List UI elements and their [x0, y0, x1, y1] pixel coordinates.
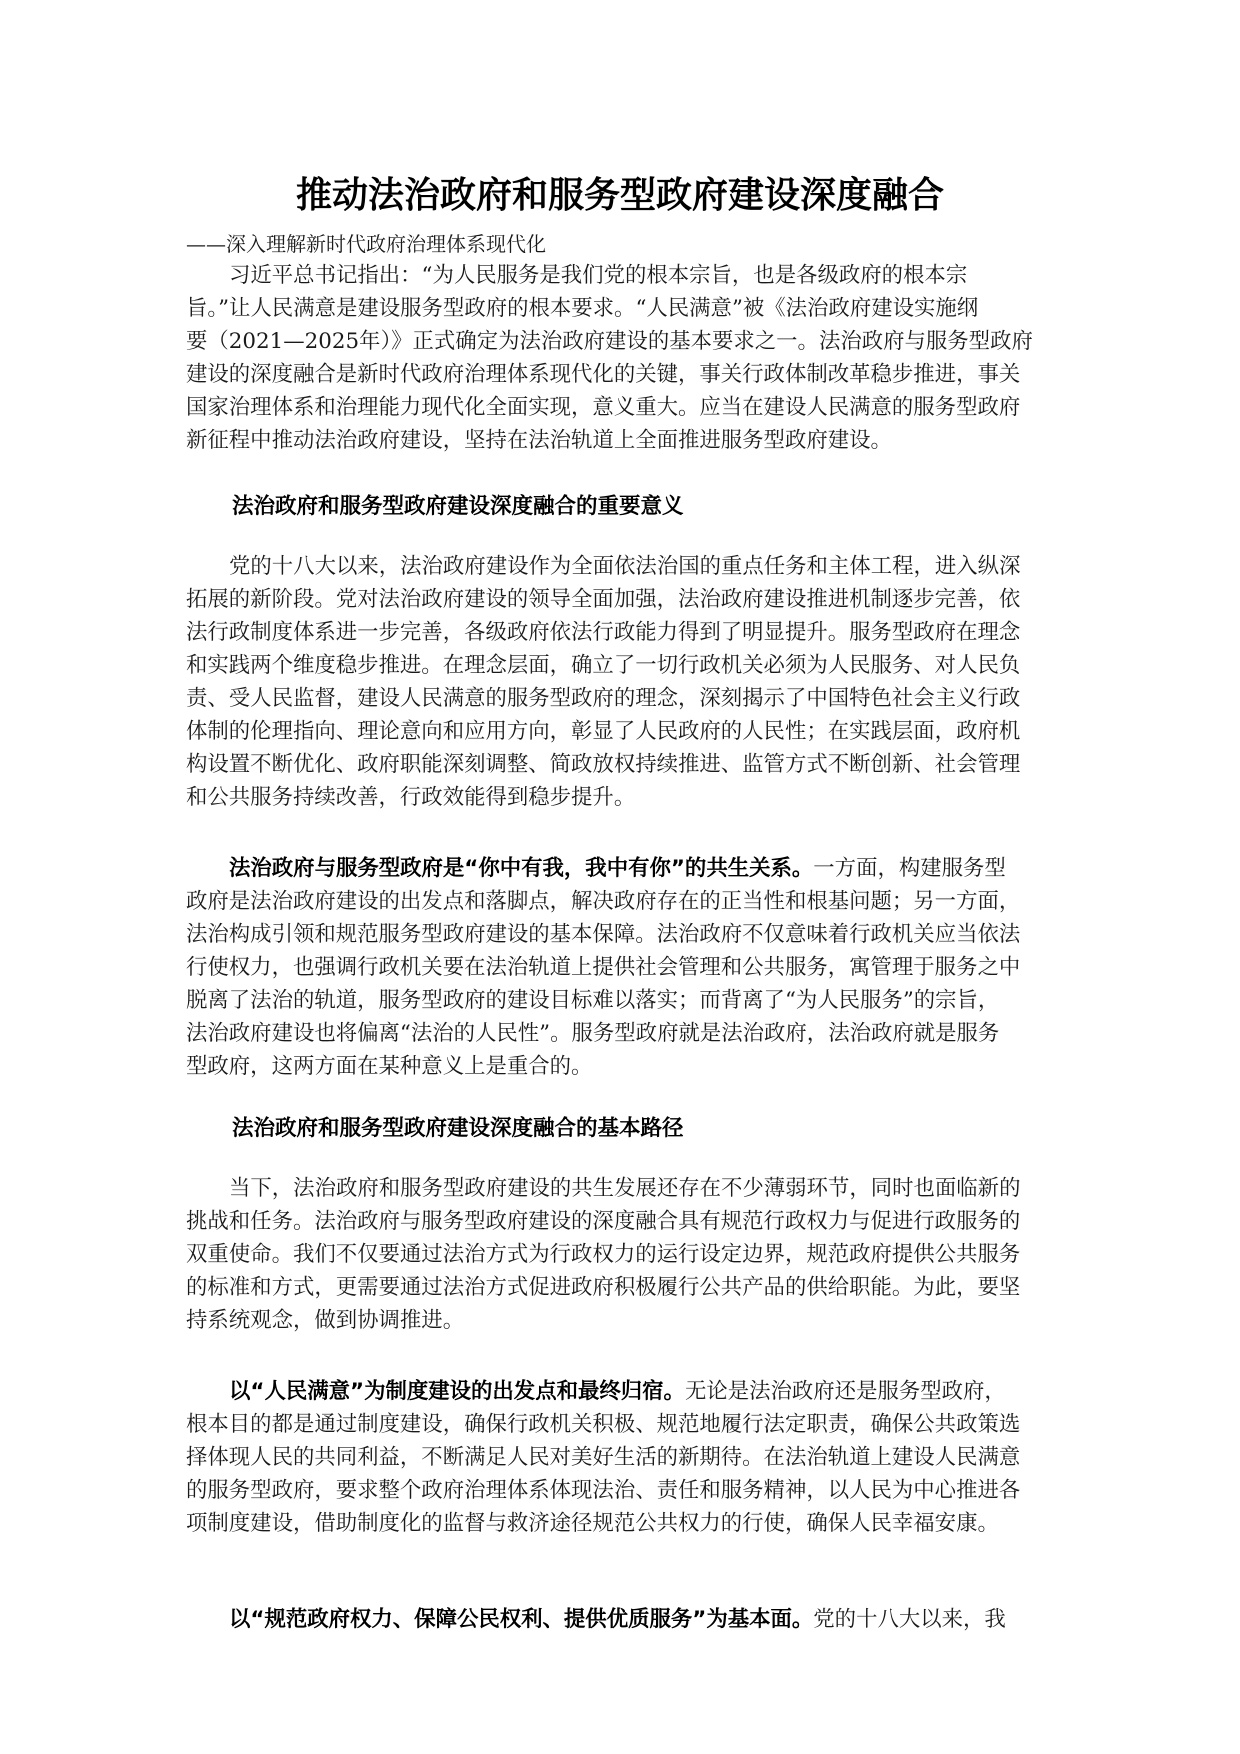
paragraph-line: 根本目的都是通过制度建设，确保行政机关积极、规范地履行法定职责，确保公共政策选: [186, 1408, 1056, 1441]
paragraph-line: 构设置不断优化、政府职能深刻调整、简政放权持续推进、监管方式不断创新、社会管理: [186, 748, 1056, 781]
paragraph-line: 法治政府建设也将偏离“法治的人民性”。服务型政府就是法治政府，法治政府就是服务: [186, 1017, 1056, 1050]
paragraph-line: 择体现人民的共同利益，不断满足人民对美好生活的新期待。在法治轨道上建设人民满意: [186, 1441, 1056, 1474]
section2-paragraph-3: 以“规范政府权力、保障公民权利、提供优质服务”为基本面。党的十八大以来，我: [186, 1603, 1056, 1636]
paragraph-lead-sentence: 以“规范政府权力、保障公民权利、提供优质服务”为基本面。: [229, 1607, 813, 1632]
paragraph-line: 法行政制度体系进一步完善，各级政府依法行政能力得到了明显提升。服务型政府在理念: [186, 616, 1056, 649]
paragraph-line: 当下，法治政府和服务型政府建设的共生发展还存在不少薄弱环节，同时也面临新的: [186, 1172, 1056, 1205]
paragraph-line: 的服务型政府，要求整个政府治理体系体现法治、责任和服务精神，以人民为中心推进各: [186, 1474, 1056, 1507]
paragraph-line: 项制度建设，借助制度化的监督与救济途径规范公共权力的行使，确保人民幸福安康。: [186, 1507, 1056, 1540]
paragraph-lead-sentence: 以“人民满意”为制度建设的出发点和最终归宿。: [229, 1379, 685, 1404]
paragraph-line: 政府是法治政府建设的出发点和落脚点，解决政府存在的正当性和根基问题；另一方面，: [186, 885, 1056, 918]
paragraph-first-line: 法治政府与服务型政府是“你中有我，我中有你”的共生关系。一方面，构建服务型: [186, 852, 1056, 885]
section1-paragraph-1: 党的十八大以来，法治政府建设作为全面依法治国的重点任务和主体工程，进入纵深 拓展…: [186, 550, 1056, 814]
paragraph-line: 拓展的新阶段。党对法治政府建设的领导全面加强，法治政府建设推进机制逐步完善，依: [186, 583, 1056, 616]
paragraph-line: 法治构成引领和规范服务型政府建设的基本保障。法治政府不仅意味着行政机关应当依法: [186, 918, 1056, 951]
paragraph-line: 党的十八大以来，法治政府建设作为全面依法治国的重点任务和主体工程，进入纵深: [186, 550, 1056, 583]
paragraph-lead-sentence: 法治政府与服务型政府是“你中有我，我中有你”的共生关系。: [229, 856, 813, 881]
paragraph-line: 习近平总书记指出：“为人民服务是我们党的根本宗旨，也是各级政府的根本宗: [186, 259, 1056, 292]
paragraph-line: 和实践两个维度稳步推进。在理念层面，确立了一切行政机关必须为人民服务、对人民负: [186, 649, 1056, 682]
section2-paragraph-1: 当下，法治政府和服务型政府建设的共生发展还存在不少薄弱环节，同时也面临新的 挑战…: [186, 1172, 1056, 1337]
paragraph-text: 党的十八大以来，我: [813, 1607, 1006, 1632]
section2-paragraph-2: 以“人民满意”为制度建设的出发点和最终归宿。无论是法治政府还是服务型政府， 根本…: [186, 1375, 1056, 1540]
paragraph-first-line: 以“规范政府权力、保障公民权利、提供优质服务”为基本面。党的十八大以来，我: [186, 1603, 1056, 1636]
paragraph-line: 旨。”让人民满意是建设服务型政府的根本要求。“人民满意”被《法治政府建设实施纲: [186, 292, 1056, 325]
paragraph-line: 行使权力，也强调行政机关要在法治轨道上提供社会管理和公共服务，寓管理于服务之中: [186, 951, 1056, 984]
paragraph-text: 无论是法治政府还是服务型政府，: [685, 1379, 1006, 1404]
paragraph-line: 要（2021—2025年）》正式确定为法治政府建设的基本要求之一。法治政府与服务…: [186, 325, 1056, 358]
paragraph-line: 体制的伦理指向、理论意向和应用方向，彰显了人民政府的人民性；在实践层面，政府机: [186, 715, 1056, 748]
paragraph-line: 挑战和任务。法治政府与服务型政府建设的深度融合具有规范行政权力与促进行政服务的: [186, 1205, 1056, 1238]
document-title: 推动法治政府和服务型政府建设深度融合: [0, 172, 1240, 220]
paragraph-line: 国家治理体系和治理能力现代化全面实现，意义重大。应当在建设人民满意的服务型政府: [186, 391, 1056, 424]
paragraph-text: 一方面，构建服务型: [813, 856, 1006, 881]
paragraph-line: 双重使命。我们不仅要通过法治方式为行政权力的运行设定边界，规范政府提供公共服务: [186, 1238, 1056, 1271]
paragraph-line: 脱离了法治的轨道，服务型政府的建设目标难以落实；而背离了“为人民服务”的宗旨，: [186, 984, 1056, 1017]
intro-paragraph: 习近平总书记指出：“为人民服务是我们党的根本宗旨，也是各级政府的根本宗 旨。”让…: [186, 259, 1056, 457]
paragraph-line: 责、受人民监督，建设人民满意的服务型政府的理念，深刻揭示了中国特色社会主义行政: [186, 682, 1056, 715]
paragraph-line: 型政府，这两方面在某种意义上是重合的。: [186, 1050, 1056, 1083]
paragraph-first-line: 以“人民满意”为制度建设的出发点和最终归宿。无论是法治政府还是服务型政府，: [186, 1375, 1056, 1408]
section-heading-pathway: 法治政府和服务型政府建设深度融合的基本路径: [232, 1112, 684, 1145]
paragraph-line: 新征程中推动法治政府建设，坚持在法治轨道上全面推进服务型政府建设。: [186, 424, 1056, 457]
section1-paragraph-2: 法治政府与服务型政府是“你中有我，我中有你”的共生关系。一方面，构建服务型 政府…: [186, 852, 1056, 1083]
section-heading-significance: 法治政府和服务型政府建设深度融合的重要意义: [232, 490, 684, 523]
paragraph-line: 和公共服务持续改善，行政效能得到稳步提升。: [186, 781, 1056, 814]
paragraph-line: 的标准和方式，更需要通过法治方式促进政府积极履行公共产品的供给职能。为此，要坚: [186, 1271, 1056, 1304]
paragraph-line: 持系统观念，做到协调推进。: [186, 1304, 1056, 1337]
document-page: 推动法治政府和服务型政府建设深度融合 ——深入理解新时代政府治理体系现代化 习近…: [0, 0, 1240, 1754]
paragraph-line: 建设的深度融合是新时代政府治理体系现代化的关键，事关行政体制改革稳步推进，事关: [186, 358, 1056, 391]
document-subtitle: ——深入理解新时代政府治理体系现代化: [186, 229, 546, 259]
